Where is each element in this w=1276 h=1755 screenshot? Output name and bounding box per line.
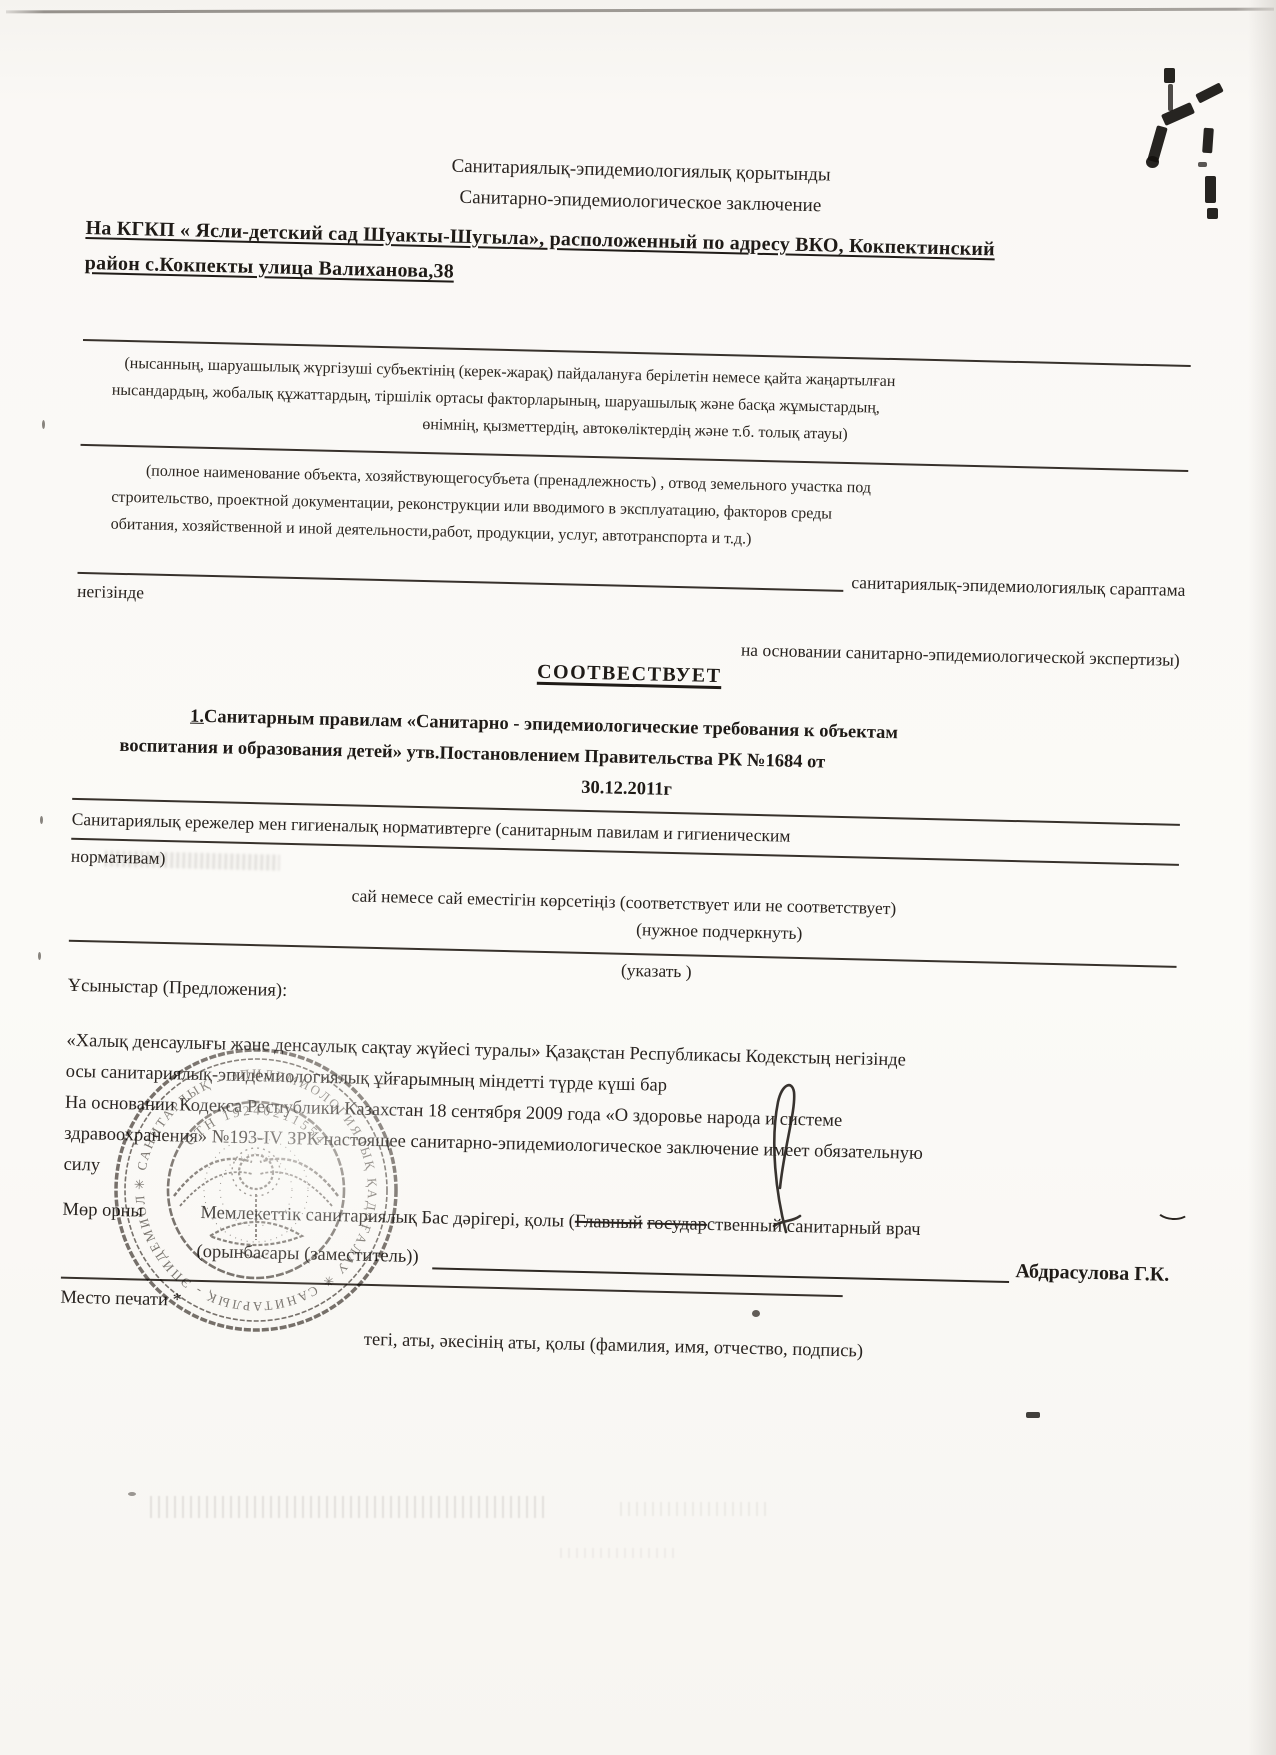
ink-speck <box>42 420 45 429</box>
scanner-edge-line <box>6 8 1274 14</box>
ink-mark <box>1207 208 1218 219</box>
sanitary-rule-paragraph: 1.Санитарным правилам «Санитарно - эпиде… <box>72 699 1182 818</box>
ink-mark <box>1195 82 1224 103</box>
stamp-ring-text: ✳ САНИТАРЛЫҚ - ЭПИДЕМИОЛОГИЯЛЫҚ ҚАДАҒАЛА… <box>110 1044 380 1314</box>
ink-mark <box>1205 176 1216 203</box>
ink-mark <box>1202 128 1214 154</box>
scanned-document-sheet: Санитариялық-эпидемиологиялық қорытынды … <box>0 0 1276 1755</box>
ink-mark <box>1198 162 1207 167</box>
struck-word: государ <box>647 1213 707 1234</box>
note-kazakh-block: (нысанның, шаруашылық жүргізуші субъекті… <box>81 349 1191 456</box>
official-round-stamp: ✳ САНИТАРЛЫҚ - ЭПИДЕМИОЛОГИЯЛЫҚ ҚАДАҒАЛА… <box>110 1044 402 1336</box>
stamp-stn-number: СТН 19240211554 <box>182 1103 330 1149</box>
signer-name: Абдрасулова Г.К. <box>1015 1256 1169 1291</box>
ink-mark <box>1161 102 1195 126</box>
ink-mark <box>1164 68 1175 83</box>
ink-speck <box>40 816 43 824</box>
ink-speck <box>38 952 41 960</box>
svg-text:СТН 19240211554: СТН 19240211554 <box>182 1103 330 1149</box>
faded-ghost-text <box>560 1548 680 1558</box>
rule-number: 1. <box>190 707 204 727</box>
faded-ghost-text <box>620 1502 770 1516</box>
faded-ghost-text <box>150 1496 550 1518</box>
ink-mark <box>1168 84 1173 111</box>
object-name-block: На КГКП « Ясли-детский сад Шуакты-Шугыла… <box>84 211 1193 307</box>
svg-text:✳ САНИТАРЛЫҚ - ЭПИДЕМИОЛОГИЯЛЫ: ✳ САНИТАРЛЫҚ - ЭПИДЕМИОЛОГИЯЛЫҚ ҚАДАҒАЛА… <box>110 1044 380 1314</box>
struck-word: Главный <box>575 1212 643 1234</box>
signature-blank-line <box>432 1267 1009 1283</box>
ink-speck <box>128 1492 136 1496</box>
ink-speck <box>752 1310 760 1317</box>
ink-speck <box>1026 1412 1040 1418</box>
signature-mark <box>756 1076 806 1236</box>
ink-mark <box>1146 156 1159 168</box>
note-russian-block: (полное наименование объекта, хозяйствую… <box>78 456 1188 563</box>
